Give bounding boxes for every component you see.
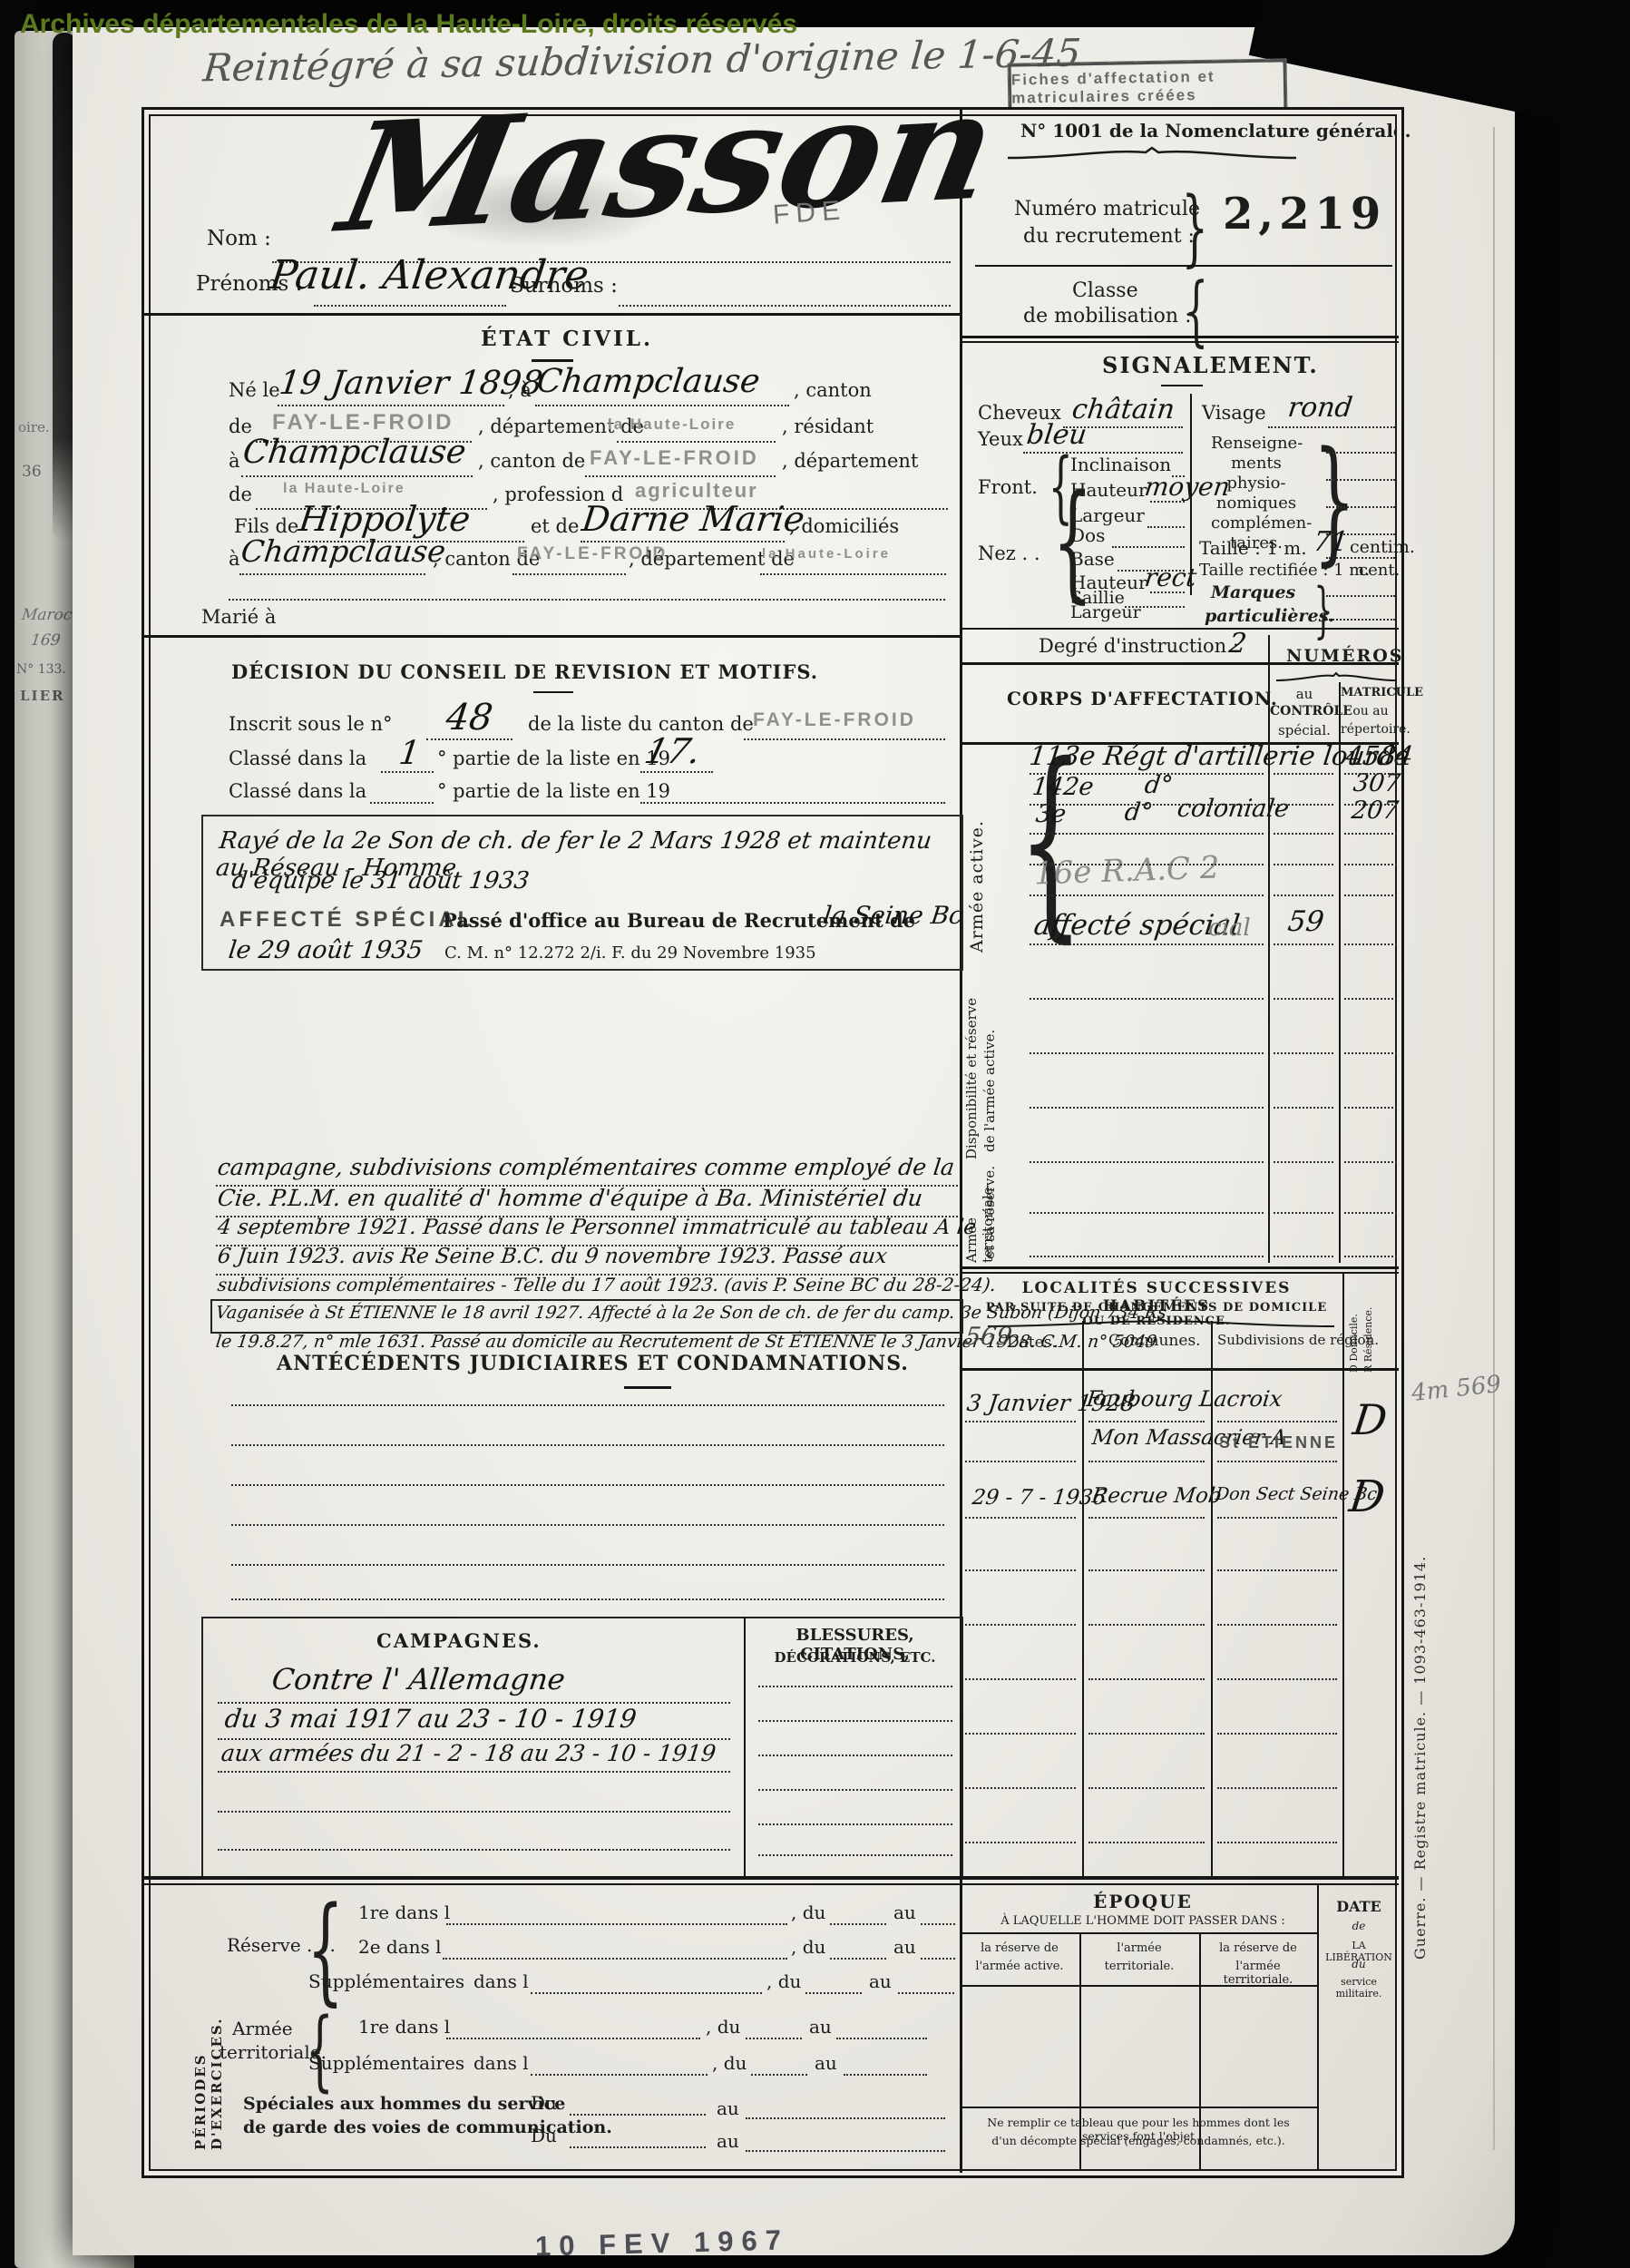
reserve-row1-label: 1re dans l bbox=[358, 1901, 450, 1923]
dotted-line bbox=[898, 1992, 954, 1994]
disponibilite-label-2: de l'armée active. bbox=[981, 962, 998, 1152]
prev-page-fragment: N° 133. bbox=[16, 662, 66, 677]
localites-col-line-3 bbox=[1342, 1272, 1344, 1876]
dotted-line bbox=[1217, 1787, 1337, 1789]
dotted-line bbox=[746, 2038, 802, 2039]
epoque-col3-b: l'armée territoriale. bbox=[1201, 1960, 1315, 1987]
territoriale-label-a: Armée bbox=[232, 2018, 293, 2039]
matricule-brace: } bbox=[1182, 186, 1208, 269]
service-note-l5: subdivisions complémentaires - Telle du … bbox=[217, 1274, 998, 1295]
renseignements-3: physio- bbox=[1211, 474, 1302, 493]
dos-label: Dos bbox=[1070, 524, 1105, 546]
corps-row2-ditto: d° bbox=[1143, 771, 1175, 799]
nez-label: Nez . . bbox=[978, 543, 1040, 564]
localite-r2-date: 29 - 7 - 1936 bbox=[971, 1486, 1107, 1510]
au-label: au bbox=[809, 2016, 832, 2038]
terr-row1-label: 1re dans l bbox=[358, 2016, 450, 2038]
taille-value: 71 bbox=[1312, 526, 1350, 558]
dotted-line bbox=[1326, 595, 1395, 597]
dotted-line bbox=[585, 475, 776, 477]
scanned-register-page: oire. 36 Maroc 169 N° 133. LIER Archives… bbox=[0, 0, 1630, 2268]
localites-header-rule bbox=[960, 1368, 1399, 1371]
classe1-label: Classé dans la bbox=[229, 748, 366, 769]
fiches-stamp-label: Fiches d'affectation et matriculaires cr… bbox=[1011, 66, 1284, 107]
dotted-line bbox=[231, 1524, 944, 1526]
corps-row2: 142e bbox=[1030, 773, 1095, 801]
marques-brace: } bbox=[1314, 581, 1333, 640]
dotted-line bbox=[426, 738, 512, 740]
prev-page-fragment: 169 bbox=[30, 631, 62, 650]
du-label: , du bbox=[766, 1970, 801, 1992]
taille-label: Taille : 1 m. bbox=[1199, 537, 1307, 559]
raye-note-line2: d'équipe le 31 août 1933 bbox=[230, 867, 531, 894]
de2-label: de bbox=[229, 484, 252, 505]
decision-title: DÉCISION DU CONSEIL DE REVISION ET MOTIF… bbox=[231, 660, 818, 683]
dotted-line bbox=[758, 1823, 952, 1825]
dans-l-label-2: dans l bbox=[473, 2052, 529, 2074]
dotted-line bbox=[830, 1923, 886, 1925]
au-label: au bbox=[717, 2097, 739, 2119]
dotted-line bbox=[1030, 773, 1264, 775]
date-col-title: DATE bbox=[1319, 1898, 1399, 1915]
nom-label: Nom : bbox=[207, 227, 271, 250]
centim-label: centim. bbox=[1350, 537, 1415, 557]
au-label: au bbox=[869, 1970, 892, 1992]
surname-calligraphy: Masson bbox=[331, 71, 1008, 254]
dotted-line bbox=[218, 1849, 730, 1851]
archive-watermark: Archives départementales de la Haute-Loi… bbox=[20, 9, 797, 40]
dotted-line bbox=[965, 1624, 1076, 1626]
dotted-line bbox=[1030, 998, 1264, 1000]
dotted-line bbox=[443, 1958, 787, 1960]
campagne-l1: Contre l' Allemagne bbox=[270, 1662, 567, 1696]
nez-largeur-label: Largeur bbox=[1070, 602, 1141, 622]
dotted-line bbox=[531, 2074, 708, 2076]
bottom-separator bbox=[144, 1876, 1399, 1880]
epoque-col2-a: l'armée bbox=[1081, 1941, 1197, 1955]
dotted-line bbox=[231, 1484, 944, 1486]
dotted-line bbox=[1344, 1161, 1397, 1163]
dotted-line bbox=[965, 1787, 1076, 1789]
matricule-header-3: répertoire. bbox=[1341, 722, 1401, 737]
dotted-line bbox=[1217, 1678, 1337, 1680]
dotted-line bbox=[1088, 1842, 1205, 1843]
dotted-line bbox=[535, 405, 789, 406]
du-label: , du bbox=[791, 1901, 825, 1923]
dotted-line bbox=[1088, 1787, 1205, 1789]
dotted-line bbox=[231, 1598, 944, 1600]
dotted-line bbox=[1326, 506, 1395, 508]
dotted-line bbox=[1030, 864, 1264, 865]
dotted-line bbox=[231, 1564, 944, 1566]
canton-stamp-4: FAY-LE-FROID bbox=[753, 709, 916, 731]
au-label: au bbox=[815, 2052, 837, 2074]
inscrit-number: 48 bbox=[444, 697, 495, 738]
numeros-header: NUMÉROS bbox=[1286, 646, 1404, 666]
dotted-line bbox=[965, 1517, 1076, 1519]
dotted-line bbox=[640, 802, 945, 804]
inscrit-label: Inscrit sous le n° bbox=[229, 713, 392, 735]
au-label: au bbox=[893, 1936, 916, 1958]
dotted-line bbox=[617, 441, 776, 443]
territoriale-label-2: et sa réserve. bbox=[981, 1150, 998, 1259]
dotted-line bbox=[758, 1720, 952, 1722]
service-note-l2: Cie. P.L.M. en qualité d' homme d'équipe… bbox=[216, 1185, 924, 1211]
dotted-line bbox=[921, 1923, 955, 1925]
dotted-line bbox=[231, 1404, 944, 1406]
canton-stamp: FAY-LE-FROID bbox=[272, 410, 454, 435]
dotted-line bbox=[751, 2074, 807, 2076]
nez-hauteur-value: rect bbox=[1143, 562, 1198, 592]
corps-row3-ditto: d° bbox=[1123, 798, 1155, 826]
renseignements-1: Renseigne- bbox=[1211, 434, 1302, 453]
dotted-line bbox=[218, 1811, 730, 1813]
disponibilite-label-1: Disponibilité et réserve bbox=[963, 951, 980, 1159]
armee-active-label: Armée active. bbox=[967, 771, 987, 953]
epoque-col1-a: la réserve de bbox=[961, 1941, 1078, 1955]
dotted-line bbox=[1326, 619, 1395, 621]
dotted-line bbox=[760, 573, 946, 575]
classe-label-1: Classe bbox=[1072, 279, 1138, 302]
dotted-line bbox=[844, 2074, 927, 2076]
classe-label-2: de mobilisation : bbox=[1023, 305, 1192, 327]
dotted-line bbox=[640, 771, 713, 773]
blessures-title-2: DÉCORATIONS, ETC. bbox=[753, 1649, 957, 1666]
matricule-header-1: MATRICULE bbox=[1341, 686, 1401, 699]
dotted-line bbox=[1274, 943, 1333, 945]
epoque-col3-a: la réserve de bbox=[1201, 1941, 1315, 1955]
canton-label: , canton bbox=[794, 379, 872, 401]
front-label: Front. bbox=[978, 476, 1038, 498]
a-label: , à bbox=[508, 379, 532, 401]
dotted-line bbox=[370, 802, 434, 804]
service-note-l3: 4 septembre 1921. Passé dans le Personne… bbox=[216, 1216, 977, 1239]
dotted-line bbox=[619, 305, 951, 307]
dotted-line bbox=[1088, 1421, 1205, 1422]
dotted-line bbox=[965, 1569, 1076, 1571]
section-rule bbox=[144, 635, 960, 638]
dotted-line bbox=[1344, 1212, 1397, 1214]
dotted-line bbox=[231, 1444, 944, 1446]
epoque-note-rule bbox=[960, 2107, 1317, 2108]
title-rule bbox=[532, 359, 573, 362]
corps-pencil-note: 16e R.A.C 2 bbox=[1033, 849, 1220, 892]
domicile-header: D Domicile. bbox=[1348, 1277, 1360, 1373]
epoque-rule bbox=[960, 1932, 1317, 1934]
date-col-de: de bbox=[1319, 1920, 1399, 1932]
dotted-line bbox=[1344, 804, 1397, 806]
dotted-line bbox=[746, 2117, 945, 2119]
dotted-line bbox=[744, 738, 945, 740]
service-note-l1: campagne, subdivisions complémentaires c… bbox=[216, 1154, 956, 1180]
section-rule bbox=[144, 313, 960, 316]
dotted-line bbox=[1150, 591, 1185, 593]
dotted-line bbox=[229, 599, 945, 601]
dotted-line bbox=[1344, 773, 1397, 775]
epoque-header-rule bbox=[960, 1985, 1317, 1987]
dotted-line bbox=[1030, 1052, 1264, 1054]
dotted-line bbox=[1274, 894, 1333, 896]
page-edge-crease bbox=[1493, 127, 1495, 2150]
dotted-line bbox=[965, 1461, 1076, 1462]
dotted-line bbox=[1274, 773, 1333, 775]
departement-stamp: la Haute-Loire bbox=[608, 415, 736, 434]
dotted-line bbox=[965, 1842, 1076, 1843]
localite-r2-commune: Recrue Mob bbox=[1090, 1484, 1223, 1508]
birth-date: 19 Janvier 1898 bbox=[277, 365, 544, 402]
residence-place: Champclause bbox=[240, 434, 468, 471]
dotted-line bbox=[805, 1992, 862, 1994]
corps-row3-matricule: 207 bbox=[1350, 797, 1400, 825]
dotted-line bbox=[1326, 479, 1395, 481]
matricule-header-2: ou au bbox=[1341, 704, 1401, 719]
dotted-line bbox=[965, 1733, 1076, 1735]
au-label: au bbox=[893, 1901, 916, 1923]
campagnes-title: CAMPAGNES. bbox=[376, 1629, 542, 1652]
signalement-title: SIGNALEMENT. bbox=[1102, 352, 1319, 378]
suppl-label-2: Supplémentaires bbox=[308, 2052, 464, 2074]
suppl-label: Supplémentaires bbox=[308, 1970, 464, 1992]
marie-label: Marié à bbox=[201, 606, 276, 628]
localites-top-rule bbox=[960, 1266, 1399, 1269]
dotted-line bbox=[1030, 943, 1264, 945]
dotted-line bbox=[1030, 894, 1264, 896]
domicilies-label: , domiciliés bbox=[789, 515, 899, 537]
dotted-line bbox=[1217, 1569, 1337, 1571]
dotted-line bbox=[446, 2038, 700, 2039]
matricule-number: 2,219 bbox=[1223, 189, 1386, 240]
ne-le-label: Né le bbox=[229, 379, 280, 401]
dotted-line bbox=[1274, 1107, 1333, 1109]
rule bbox=[960, 628, 1399, 630]
taille-rect-label: Taille rectifiée : 1 m. bbox=[1199, 561, 1370, 580]
surnoms-label: Surnoms : bbox=[510, 274, 618, 298]
prev-page-fragment: 36 bbox=[22, 463, 42, 481]
fde-pencil-note: FDE bbox=[772, 195, 847, 231]
dotted-line bbox=[1030, 1107, 1264, 1109]
dotted-line bbox=[1030, 1161, 1264, 1163]
dotted-line bbox=[1274, 804, 1333, 806]
epoque-title: ÉPOQUE bbox=[998, 1891, 1288, 1912]
dotted-line bbox=[1217, 1842, 1337, 1843]
communes-header: Communes. bbox=[1108, 1332, 1201, 1350]
title-rule bbox=[533, 691, 573, 693]
dotted-line bbox=[1217, 1421, 1337, 1422]
dotted-line bbox=[1088, 1517, 1205, 1519]
dotted-line bbox=[1274, 1161, 1333, 1163]
etat-civil-title: ÉTAT CIVIL. bbox=[481, 327, 653, 351]
epoque-note-2: d'un décompte spécial (engagés, condamné… bbox=[963, 2134, 1313, 2147]
du-label: , du bbox=[712, 2052, 747, 2074]
date-col-service: service militaire. bbox=[1319, 1976, 1399, 1999]
dotted-line bbox=[758, 1686, 952, 1687]
dotted-line bbox=[965, 1678, 1076, 1680]
dotted-line bbox=[758, 1854, 952, 1856]
dotted-line bbox=[1217, 1461, 1337, 1462]
dotted-line bbox=[581, 541, 785, 543]
dotted-line bbox=[1030, 833, 1264, 835]
corps-row1-matricule: 4584 bbox=[1344, 740, 1415, 771]
passe-office-dest: la Seine Bc bbox=[822, 902, 964, 930]
du-label: , du bbox=[791, 1936, 825, 1958]
dotted-line bbox=[1344, 833, 1397, 835]
localite-r2-dr: D bbox=[1347, 1471, 1388, 1522]
dotted-line bbox=[1274, 1256, 1333, 1257]
dotted-line bbox=[446, 1923, 787, 1925]
dotted-line bbox=[836, 2038, 927, 2039]
yeux-label: Yeux bbox=[978, 428, 1023, 450]
classe2-label-2: ° partie de la liste en 19 bbox=[437, 780, 670, 802]
dotted-line bbox=[1030, 1256, 1264, 1257]
dotted-line bbox=[531, 1992, 762, 1994]
dotted-line bbox=[218, 1771, 730, 1773]
residant-label: , résidant bbox=[782, 415, 874, 437]
periodes-side-label: PÉRIODES D'EXERCICES. bbox=[192, 1914, 225, 2150]
title-rule bbox=[1161, 385, 1203, 386]
dotted-line bbox=[278, 405, 504, 406]
dotted-line bbox=[1147, 526, 1185, 528]
epoque-subtitle: À LAQUELLE L'HOMME DOIT PASSER DANS : bbox=[975, 1914, 1311, 1928]
dotted-line bbox=[1217, 1624, 1337, 1626]
dotted-line bbox=[1344, 998, 1397, 1000]
dotted-line bbox=[758, 1789, 952, 1791]
controle-header-3: spécial. bbox=[1270, 722, 1339, 738]
dotted-line bbox=[921, 1958, 955, 1960]
dotted-line bbox=[239, 573, 425, 575]
du-label: , du bbox=[706, 2016, 740, 2038]
rule bbox=[960, 341, 1399, 343]
dotted-line bbox=[381, 771, 434, 773]
dotted-line bbox=[1217, 1517, 1337, 1519]
dotted-line bbox=[1344, 894, 1397, 896]
marques-label-1: Marques bbox=[1211, 582, 1295, 602]
dotted-line bbox=[1088, 1678, 1205, 1680]
antecedents-title: ANTÉCÉDENTS JUDICIAIRES ET CONDAMNATIONS… bbox=[277, 1352, 909, 1375]
epoque-col2-b: territoriale. bbox=[1081, 1960, 1197, 1973]
base-label: Base bbox=[1070, 548, 1115, 570]
localite-r1-dr: D bbox=[1351, 1395, 1391, 1444]
a3-label: à bbox=[229, 548, 240, 570]
prev-page-fragment: Maroc bbox=[21, 606, 73, 624]
matricule-label-2: du recrutement : bbox=[1023, 225, 1195, 248]
departement-label: , département bbox=[782, 450, 918, 472]
au-label: au bbox=[717, 2130, 739, 2152]
residence-header: R Résidence. bbox=[1362, 1277, 1374, 1373]
affecte-special-stamp: AFFECTÉ SPÉCIAL bbox=[220, 907, 474, 933]
dotted-line bbox=[1344, 864, 1397, 865]
dotted-line bbox=[1274, 998, 1333, 1000]
degre-label: Degré d'instruction : bbox=[1039, 635, 1239, 657]
canton-stamp-2: FAY-LE-FROID bbox=[590, 446, 759, 470]
epoque-col1-b: l'armée active. bbox=[961, 1960, 1078, 1973]
classe2-label: Classé dans la bbox=[229, 780, 366, 802]
corps-row3-arm: coloniale bbox=[1176, 795, 1291, 823]
matricule-label-1: Numéro matricule bbox=[1014, 198, 1200, 220]
speciales-label-1: Spéciales aux hommes du service bbox=[243, 2094, 565, 2114]
dotted-line bbox=[570, 2146, 706, 2148]
st-etienne-stamp: St ÉTIENNE bbox=[1219, 1433, 1338, 1452]
title-rule bbox=[624, 1386, 671, 1389]
service-note-l4: 6 Juin 1923. avis Re Seine B.C. du 9 nov… bbox=[216, 1245, 888, 1268]
localite-r1-commune-1: Faubourg Lacroix bbox=[1085, 1386, 1284, 1412]
passe-office-date: le 29 août 1935 bbox=[227, 936, 425, 964]
dotted-line bbox=[1274, 1052, 1333, 1054]
affecte-special-ghost: cial bbox=[1208, 914, 1251, 942]
archive-date-stamp: 10 FEV 1967 bbox=[535, 2224, 790, 2263]
et-de-label: et de bbox=[531, 515, 579, 537]
classe1-year: 17. bbox=[641, 731, 706, 771]
inscrit-label-2: de la liste du canton de bbox=[528, 713, 754, 735]
canton-de-label: , canton de bbox=[478, 450, 585, 472]
visage-label: Visage bbox=[1202, 402, 1266, 424]
dotted-line bbox=[758, 1755, 952, 1756]
Du-label: Du bbox=[531, 2092, 557, 2114]
dotted-line bbox=[1344, 1107, 1397, 1109]
spine-imprint: Guerre. — Registre matricule. — 1093-463… bbox=[1411, 1488, 1429, 1960]
dotted-line bbox=[1088, 1569, 1205, 1571]
Du-label: Du bbox=[531, 2125, 557, 2146]
departement-stamp-3: la Haute-Loire bbox=[762, 546, 891, 562]
dotted-line bbox=[1326, 452, 1395, 454]
localites-top-rule-2 bbox=[960, 1272, 1399, 1274]
renseignements-4: nomiques bbox=[1211, 494, 1302, 513]
dotted-line bbox=[746, 2150, 945, 2152]
controle-header-2: CONTRÔLE bbox=[1270, 704, 1339, 719]
dotted-line bbox=[1030, 1212, 1264, 1214]
territoriale-brace: { bbox=[306, 2007, 334, 2094]
dotted-line bbox=[241, 475, 473, 477]
controle-header-1: au bbox=[1270, 686, 1339, 702]
a2-label: à bbox=[229, 450, 240, 472]
dotted-line bbox=[965, 1421, 1076, 1422]
dotted-line bbox=[1274, 833, 1333, 835]
visage-value: rond bbox=[1286, 392, 1354, 424]
affecte-special-num: 59 bbox=[1286, 905, 1326, 938]
dotted-line bbox=[1217, 1733, 1337, 1735]
campagnes-divider bbox=[744, 1617, 746, 1876]
dotted-line bbox=[1088, 1461, 1205, 1462]
dotted-line bbox=[314, 305, 506, 307]
birth-place: Champclause bbox=[534, 363, 762, 400]
campagne-l2: du 3 mai 1917 au 23 - 10 - 1919 bbox=[223, 1704, 639, 1734]
dotted-line bbox=[1344, 1256, 1397, 1257]
dotted-line bbox=[1150, 501, 1185, 503]
campagne-l3: aux armées du 21 - 2 - 18 au 23 - 10 - 1… bbox=[220, 1740, 717, 1766]
dotted-line bbox=[1344, 943, 1397, 945]
prev-page-fragment: LIER bbox=[20, 688, 64, 704]
domicile-place: Champclause bbox=[239, 533, 448, 569]
renseignements-5: complémen- bbox=[1211, 513, 1302, 533]
cm-reference: C. M. n° 12.272 2/i. F. du 29 Novembre 1… bbox=[444, 943, 816, 963]
cent-label: cent. bbox=[1359, 561, 1400, 580]
localites-brace bbox=[984, 1317, 1338, 1328]
prev-page-fragment: oire. bbox=[18, 419, 50, 435]
dotted-line bbox=[1344, 1052, 1397, 1054]
corps-title: CORPS D'AFFECTATION. bbox=[1007, 688, 1278, 709]
dotted-line bbox=[1112, 546, 1185, 548]
dotted-line bbox=[570, 2114, 706, 2116]
classe1-label-2: ° partie de la liste en 19 bbox=[437, 748, 670, 769]
dotted-line bbox=[1274, 864, 1333, 865]
dotted-line bbox=[1030, 804, 1264, 806]
departement-stamp-2: la Haute-Loire bbox=[283, 481, 405, 497]
reserve-row2-label: 2e dans l bbox=[358, 1936, 442, 1958]
dotted-line bbox=[512, 573, 626, 575]
rule bbox=[960, 336, 1399, 338]
numeros-brace bbox=[1274, 671, 1399, 682]
dans-l-label: dans l bbox=[473, 1970, 529, 1992]
renseignements-2: ments bbox=[1211, 454, 1302, 473]
